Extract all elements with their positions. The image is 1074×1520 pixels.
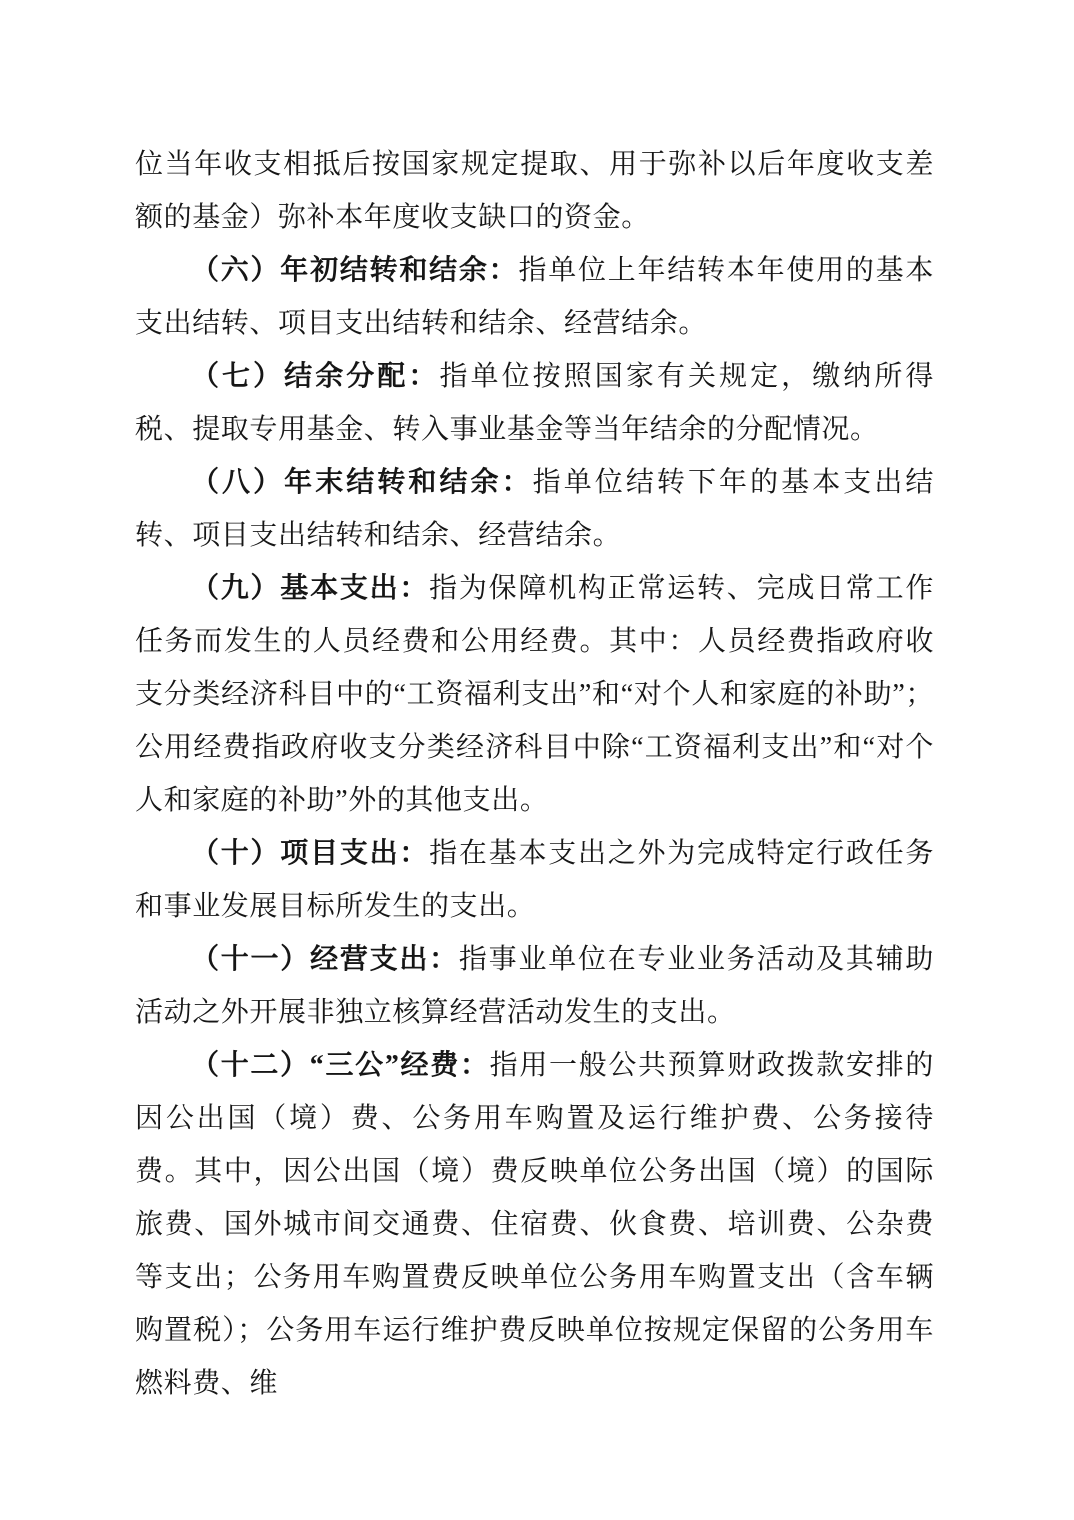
paragraph: （十一）经营支出：指事业单位在专业业务活动及其辅助活动之外开展非独立核算经营活动…	[135, 933, 934, 1039]
term-label: （七）结余分配：	[191, 361, 439, 392]
document-page-body: { "document": { "page_background": "#fff…	[0, 0, 1074, 1520]
paragraph-text: 指为保障机构正常运转、完成日常工作任务而发生的人员经费和公用经费。其中：人员经费…	[135, 573, 934, 816]
paragraph: （六）年初结转和结余：指单位上年结转本年使用的基本支出结转、项目支出结转和结余、…	[135, 244, 934, 350]
term-label: （十二）“三公”经费：	[191, 1050, 490, 1081]
paragraph: （七）结余分配：指单位按照国家有关规定，缴纳所得税、提取专用基金、转入事业基金等…	[135, 350, 934, 456]
paragraph: （九）基本支出：指为保障机构正常运转、完成日常工作任务而发生的人员经费和公用经费…	[135, 562, 934, 827]
document-page: 位当年收支相抵后按国家规定提取、用于弥补以后年度收支差额的基金）弥补本年度收支缺…	[0, 0, 1074, 1520]
paragraph: （十二）“三公”经费：指用一般公共预算财政拨款安排的因公出国（境）费、公务用车购…	[135, 1039, 934, 1410]
paragraph: 位当年收支相抵后按国家规定提取、用于弥补以后年度收支差额的基金）弥补本年度收支缺…	[135, 138, 934, 244]
paragraph-text: 位当年收支相抵后按国家规定提取、用于弥补以后年度收支差额的基金）弥补本年度收支缺…	[135, 149, 934, 233]
paragraph-text: 指用一般公共预算财政拨款安排的因公出国（境）费、公务用车购置及运行维护费、公务接…	[135, 1050, 934, 1399]
paragraph: （十）项目支出：指在基本支出之外为完成特定行政任务和事业发展目标所发生的支出。	[135, 827, 934, 933]
term-label: （六）年初结转和结余：	[191, 255, 518, 286]
term-label: （九）基本支出：	[191, 573, 429, 604]
paragraph: （八）年末结转和结余：指单位结转下年的基本支出结转、项目支出结转和结余、经营结余…	[135, 456, 934, 562]
term-label: （八）年末结转和结余：	[191, 467, 533, 498]
term-label: （十一）经营支出：	[191, 944, 459, 975]
term-label: （十）项目支出：	[191, 838, 429, 869]
document-content: 位当年收支相抵后按国家规定提取、用于弥补以后年度收支差额的基金）弥补本年度收支缺…	[135, 138, 934, 1410]
